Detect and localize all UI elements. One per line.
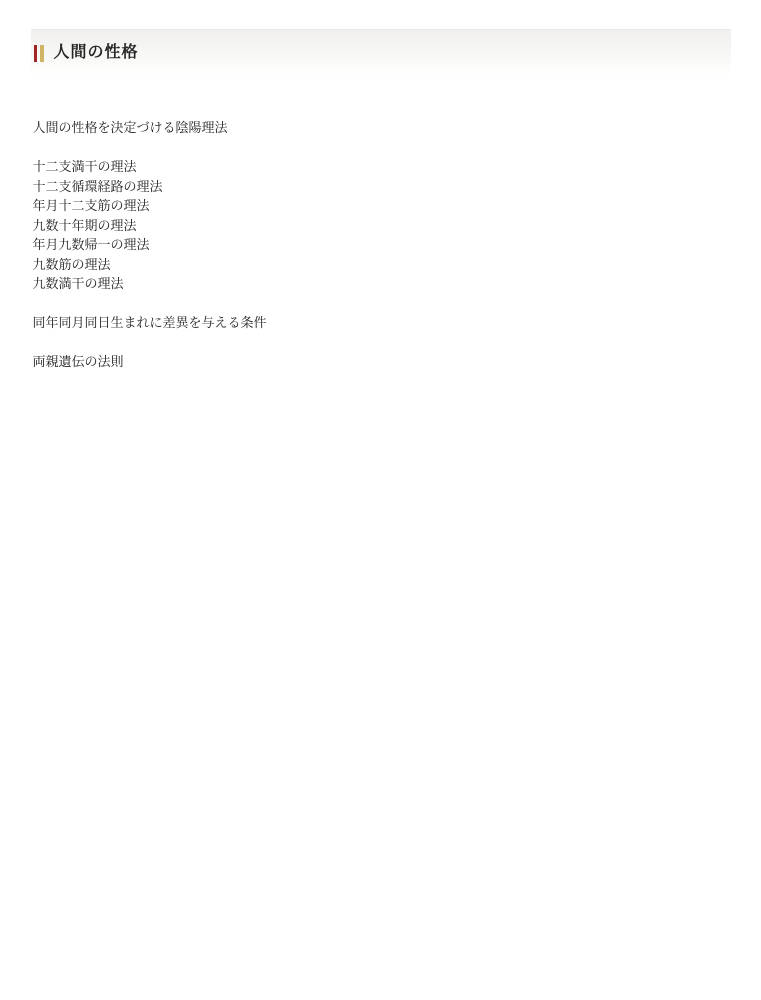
toc-item: 九数十年期の理法 [33,216,731,236]
toc-item: 十二支満干の理法 [33,157,731,177]
toc-item: 人間の性格を決定づける陰陽理法 [33,118,731,138]
toc-group-riho-list: 十二支満干の理法 十二支循環経路の理法 年月十二支筋の理法 九数十年期の理法 年… [33,157,731,294]
toc-group-heredity: 両親遺伝の法則 [33,352,731,372]
toc-item: 十二支循環経路の理法 [33,177,731,197]
section-header: 人間の性格 [31,29,731,76]
toc-item: 九数満干の理法 [33,274,731,294]
toc-content: 人間の性格を決定づける陰陽理法 十二支満干の理法 十二支循環経路の理法 年月十二… [31,76,731,372]
toc-group-conditions: 同年同月同日生まれに差異を与える条件 [33,313,731,333]
page-title: 人間の性格 [54,45,139,61]
toc-item: 九数筋の理法 [33,255,731,275]
accent-bar-gold-icon [40,45,44,62]
accent-bar-red-icon [34,45,37,62]
toc-item: 両親遺伝の法則 [33,352,731,372]
page-container: 人間の性格 人間の性格を決定づける陰陽理法 十二支満干の理法 十二支循環経路の理… [31,29,731,372]
toc-group-intro: 人間の性格を決定づける陰陽理法 [33,118,731,138]
toc-item: 同年同月同日生まれに差異を与える条件 [33,313,731,333]
toc-item: 年月十二支筋の理法 [33,196,731,216]
toc-item: 年月九数帰一の理法 [33,235,731,255]
